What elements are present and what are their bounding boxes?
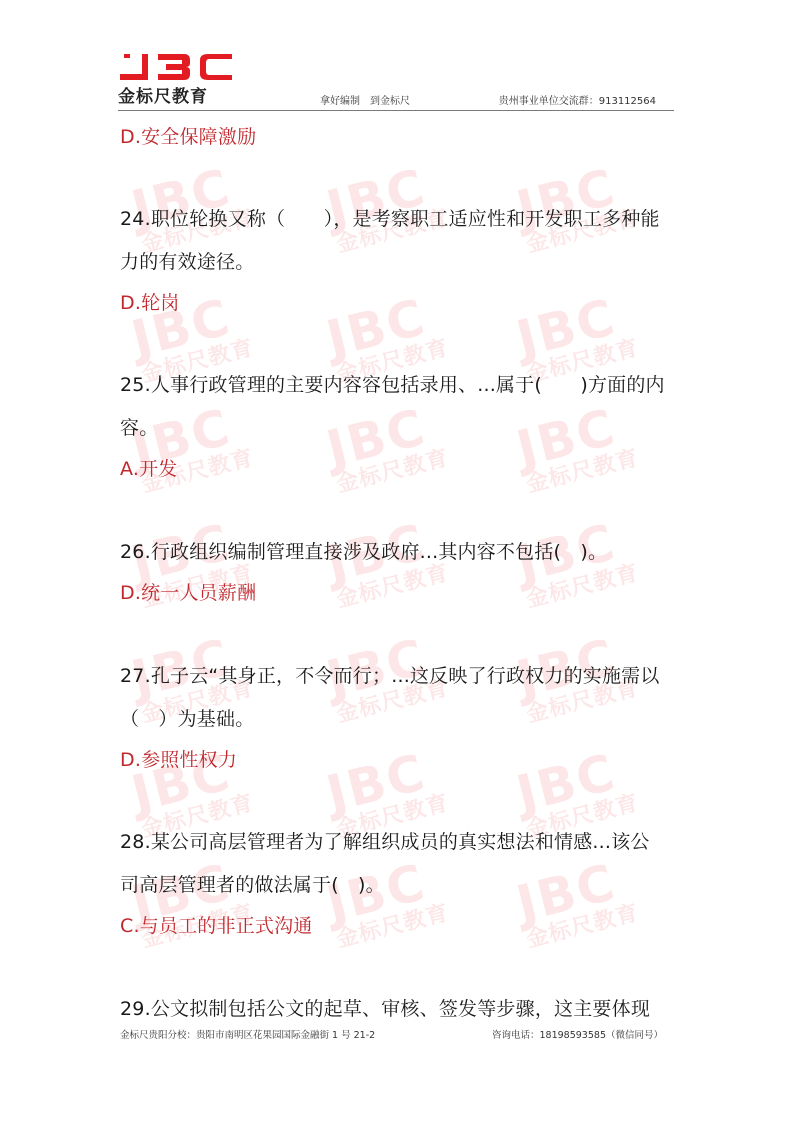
question-line: 25.人事行政管理的主要内容容包括录用、...属于( )方面的内	[120, 370, 665, 397]
watermark: JBC金标尺教育	[127, 395, 272, 504]
page-header: 金标尺教育 拿好编制 到金标尺 贵州事业单位交流群：913112564	[118, 52, 674, 110]
question-line: 容。	[120, 413, 158, 440]
watermark: JBC金标尺教育	[322, 850, 467, 959]
question-line: 29.公文拟制包括公文的起草、审核、签发等步骤，这主要体现	[120, 994, 650, 1021]
header-group-number: 贵州事业单位交流群：913112564	[499, 92, 656, 107]
answer-line: D.参照性权力	[120, 745, 237, 772]
question-line: 28.某公司高层管理者为了解组织成员的真实想法和情感...该公	[120, 827, 650, 854]
watermark: JBC金标尺教育	[512, 395, 657, 504]
jbc-logo: 金标尺教育	[118, 52, 234, 104]
question-line: 27.孔子云“其身正，不令而行；...这反映了行政权力的实施需以	[120, 661, 660, 688]
question-line: 司高层管理者的做法属于( )。	[120, 870, 385, 897]
answer-line: C.与员工的非正式沟通	[120, 911, 313, 938]
watermark: JBC金标尺教育	[127, 850, 272, 959]
jbc-logo-mark-icon	[120, 54, 232, 82]
answer-line: D.轮岗	[120, 288, 179, 315]
header-divider	[118, 110, 674, 111]
watermark: JBC金标尺教育	[512, 510, 657, 619]
watermark: JBC金标尺教育	[322, 510, 467, 619]
footer-address: 金标尺贵阳分校：贵阳市南明区花果园国际金融街 1 号 21-2	[120, 1027, 375, 1041]
answer-line: A.开发	[120, 454, 178, 481]
footer-phone: 咨询电话：18198593585（微信同号）	[492, 1027, 663, 1041]
logo-text: 金标尺教育	[118, 82, 208, 107]
question-line: 26.行政组织编制管理直接涉及政府...其内容不包括( )。	[120, 537, 607, 564]
watermark: JBC金标尺教育	[512, 850, 657, 959]
answer-line: D.安全保障激励	[120, 122, 256, 149]
question-line: 力的有效途径。	[120, 247, 254, 274]
answer-line: D.统一人员薪酬	[120, 578, 256, 605]
watermark: JBC金标尺教育	[322, 395, 467, 504]
question-line: 24.职位轮换又称（ ），是考察职工适应性和开发职工多种能	[120, 204, 660, 231]
header-slogan: 拿好编制 到金标尺	[320, 92, 410, 107]
question-line: （ ）为基础。	[120, 704, 254, 731]
